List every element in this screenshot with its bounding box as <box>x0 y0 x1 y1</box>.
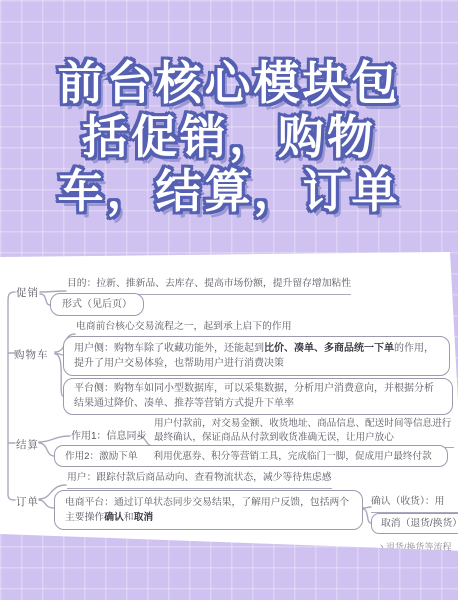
clipped-text-row: 丶退货/换货等流程 <box>377 540 452 553</box>
branch-label-promotion: 促销 <box>16 285 39 300</box>
branch-label-order: 订单 <box>16 494 39 509</box>
node-checkout-role2: 作用2：激励下单 利用优惠券、积分等营销工具，完成临门一脚，促成用户最终付款 <box>54 445 448 467</box>
node-order-confirm: 确认（收货）：用 <box>371 495 458 513</box>
node-checkout-role1-desc: 用户付款前，对交易金额、收货地址、商品信息、配送时间等信息进行最终确认，保证商品… <box>154 417 454 448</box>
node-checkout-role1-label: 作用1：信息同步 <box>71 430 147 444</box>
node-checkout-role2-desc: 利用优惠券、积分等营销工具，完成临门一脚，促成用户最终付款 <box>154 449 432 464</box>
text-segment: 用户侧：购物车除了收藏功能外，还能起到 <box>74 343 264 354</box>
branch-label-checkout: 结算 <box>16 437 39 452</box>
post-title-line-3: 车，结算，订单 <box>0 164 458 218</box>
node-cart-user-side: 用户侧：购物车除了收藏功能外，还能起到比价、凑单、多商品统一下单的作用，提升了用… <box>63 336 450 376</box>
post-title-line-1: 前台核心模块包 <box>0 56 458 110</box>
text-segment-bold: 比价、凑单、多商品统一下单 <box>264 343 394 354</box>
node-promotion-form: 形式（见后页） <box>50 293 144 316</box>
post-title-line-2: 括促销，购物 <box>0 110 458 164</box>
node-checkout-role2-label: 作用2：激励下单 <box>65 449 138 464</box>
poster-canvas: 前台核心模块包 括促销，购物 车，结算，订单 <box>0 0 458 600</box>
post-title: 前台核心模块包 括促销，购物 车，结算，订单 <box>0 56 458 218</box>
node-order-cancel: 取消（退货/换货） <box>371 513 458 534</box>
node-order-platform: 电商平台：通过订单状态同步交易结果，了解用户反馈，包括两个主要操作确认和取消 <box>54 490 363 530</box>
branch-label-cart: 购物车 <box>14 347 49 362</box>
node-cart-platform-side: 平台侧：购物车如同小型数据库，可以采集数据，分析用户消费意向，并根据分析结果通过… <box>63 378 453 415</box>
text-segment: 和 <box>124 512 134 523</box>
text-segment-bold: 取消 <box>134 512 154 523</box>
node-order-user: 用户：跟踪付款后商品动向、查看物流状态，减少等待焦虑感 <box>67 471 332 489</box>
text-segment-bold: 确认 <box>104 512 124 523</box>
